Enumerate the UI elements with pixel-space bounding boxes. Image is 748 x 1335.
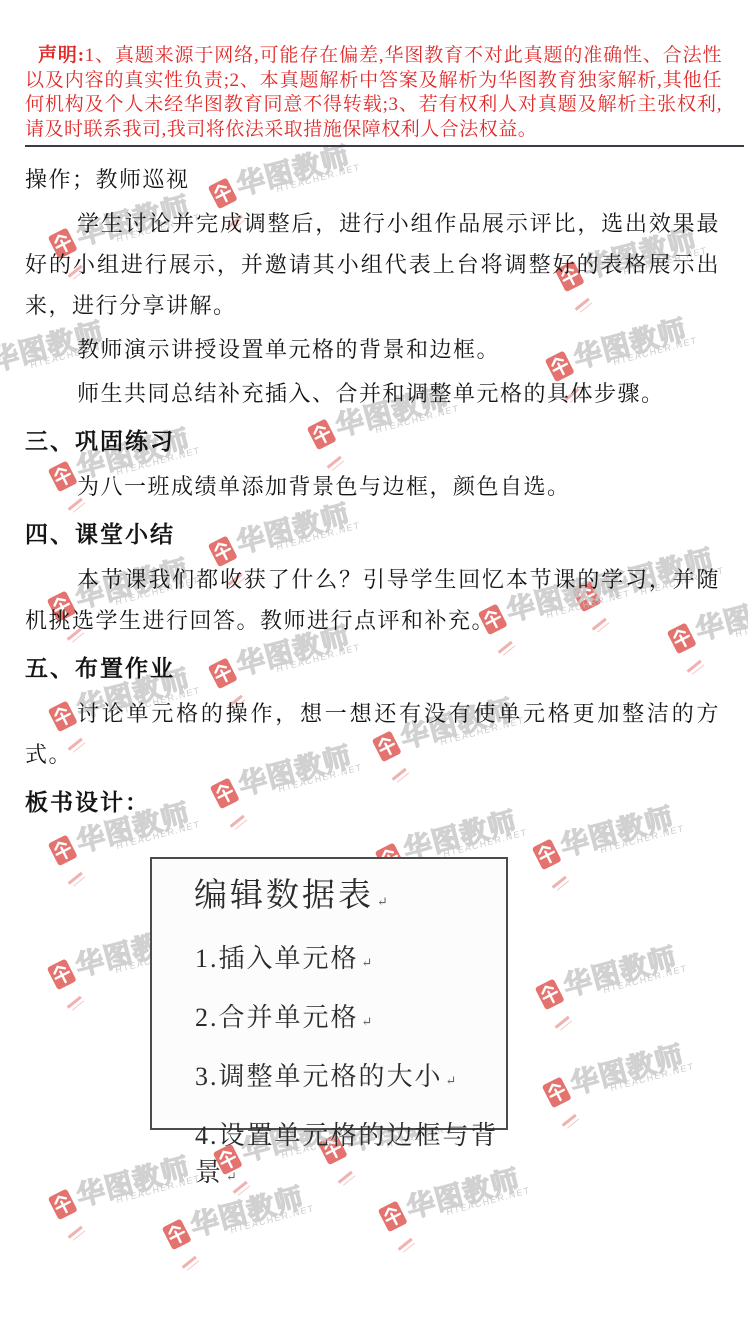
- huatu-logo-icon: [47, 1188, 78, 1221]
- paragraph-class-summary: 本节课我们都收获了什么？引导学生回忆本节课的学习，并随机挑选学生进行回答。教师进…: [25, 559, 720, 641]
- board-item: 2.合并单元格↵: [195, 997, 506, 1034]
- watermark-text-cn: 华图教师: [72, 1146, 194, 1215]
- watermark-text-en: HTEACHER.NET: [600, 823, 685, 855]
- paragraph-operation: 操作；教师巡视: [25, 159, 720, 200]
- watermark-text-en: HTEACHER.NET: [443, 827, 528, 859]
- huatu-logo-icon: [161, 1218, 192, 1251]
- watermark-text-en: HTEACHER.NET: [603, 963, 688, 995]
- huatu-logo-icon: [541, 1076, 572, 1109]
- logo-caption: [68, 1226, 83, 1239]
- logo-caption: [552, 876, 567, 889]
- paragraph-mark-icon: ↵: [362, 1014, 375, 1029]
- blackboard-design-box: 编辑数据表↵ 1.插入单元格↵ 2.合并单元格↵ 3.调整单元格的大小↵ 4.设…: [150, 857, 508, 1130]
- watermark-text-en: HTEACHER.NET: [446, 1185, 531, 1217]
- paragraph-mark-icon: ↵: [226, 1169, 239, 1184]
- board-title: 编辑数据表: [194, 878, 374, 914]
- board-item-text: 2.合并单元格: [195, 1003, 359, 1032]
- paragraph-demo: 教师演示讲授设置单元格的背景和边框。: [25, 329, 720, 370]
- heading-practice: 三、巩固练习: [25, 421, 720, 462]
- logo-caption: [182, 1256, 197, 1269]
- paragraph-mark-icon: ↵: [362, 955, 375, 970]
- huatu-logo-icon: [46, 958, 77, 991]
- logo-caption: [398, 1238, 413, 1251]
- paragraph-mark-icon: ↵: [446, 1073, 459, 1088]
- board-item: 1.插入单元格↵: [195, 938, 506, 975]
- board-item-text: 3.调整单元格的大小: [195, 1062, 443, 1091]
- board-item: 3.调整单元格的大小↵: [195, 1056, 506, 1093]
- disclaimer-label: 声明:: [38, 45, 85, 66]
- board-item-text: 4.设置单元格的边框与背景: [195, 1121, 499, 1187]
- board-item-text: 1.插入单元格: [195, 944, 359, 973]
- lesson-body: 操作；教师巡视 学生讨论并完成调整后，进行小组作品展示评比，选出效果最好的小组进…: [25, 159, 720, 823]
- logo-caption: [562, 1114, 577, 1127]
- logo-caption: [67, 996, 82, 1009]
- board-title-row: 编辑数据表↵: [194, 869, 506, 916]
- huatu-logo-icon: [47, 834, 78, 867]
- disclaimer-text: 1、真题来源于网络,可能存在偏差,华图教育不对此真题的准确性、合法性以及内容的真…: [25, 45, 722, 140]
- logo-caption: [555, 1016, 570, 1029]
- paragraph-mark-icon: ↵: [377, 894, 391, 909]
- watermark-text-en: HTEACHER.NET: [610, 1061, 695, 1093]
- paragraph-steps: 师生共同总结补充插入、合并和调整单元格的具体步骤。: [25, 373, 720, 414]
- huatu-logo-icon: [531, 838, 562, 871]
- watermark-text-en: HTEACHER.NET: [230, 1203, 315, 1235]
- disclaimer: 声明:1、真题来源于网络,可能存在偏差,华图教育不对此真题的准确性、合法性以及内…: [25, 44, 722, 142]
- document-page: { "page": {"width": 748, "height": 1335,…: [0, 0, 748, 1335]
- watermark: 华图教师HTEACHER.NET: [533, 929, 714, 1035]
- huatu-logo-icon: [377, 1200, 408, 1233]
- paragraph-homework: 讨论单元格的操作，想一想还有没有使单元格更加整洁的方式。: [25, 693, 720, 775]
- watermark-text-cn: 华图教师: [566, 1034, 688, 1103]
- heading-homework: 五、布置作业: [25, 648, 720, 689]
- watermark-text-en: HTEACHER.NET: [116, 1173, 201, 1205]
- divider-line: [25, 145, 744, 147]
- paragraph-practice: 为八一班成绩单添加背景色与边框，颜色自选。: [25, 466, 720, 507]
- watermark-text-cn: 华图教师: [559, 936, 681, 1005]
- paragraph-discussion: 学生讨论并完成调整后，进行小组作品展示评比，选出效果最好的小组进行展示，并邀请其…: [25, 203, 720, 326]
- heading-board-design: 板书设计：: [25, 782, 720, 823]
- huatu-logo-icon: [534, 978, 565, 1011]
- watermark: 华图教师HTEACHER.NET: [540, 1027, 721, 1133]
- logo-caption: [68, 872, 83, 885]
- document-content: 声明:1、真题来源于网络,可能存在偏差,华图教育不对此真题的准确性、合法性以及内…: [0, 0, 748, 827]
- board-item: 4.设置单元格的边框与背景↵: [195, 1115, 506, 1189]
- heading-class-summary: 四、课堂小结: [25, 514, 720, 555]
